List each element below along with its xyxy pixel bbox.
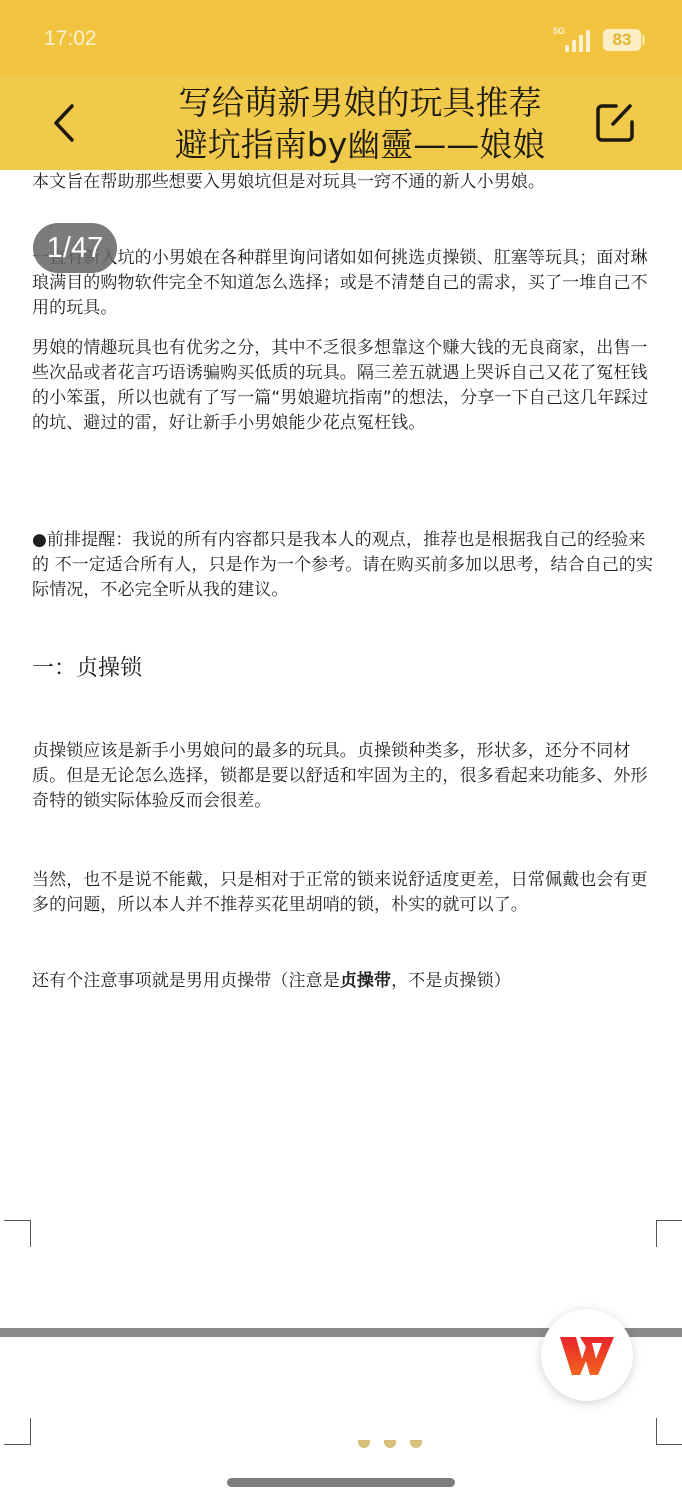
section-paragraph-2: 当然，也不是说不能戴，只是相对于正常的锁来说舒适度更差，日常佩戴也会有更多的问题…: [32, 868, 658, 918]
status-time: 17:02: [44, 27, 97, 51]
edit-square-icon: [594, 102, 636, 144]
loading-dots: [358, 1440, 422, 1448]
section-paragraph-1: 贞操锁应该是新手小男娘问的最多的玩具。贞操锁种类多，形状多，还分不同材质。但是无…: [32, 739, 658, 814]
document-title: 写给萌新男娘的玩具推荐 避坑指南by幽靈——娘娘: [150, 82, 570, 166]
title-line-1: 写给萌新男娘的玩具推荐: [150, 82, 570, 124]
wps-float-button[interactable]: [541, 1309, 633, 1401]
paragraph-reminder: ●前排提醒：我说的所有内容都只是我本人的观点，推荐也是根据我自己的经验来的 不一…: [32, 528, 658, 603]
status-bar: 17:02 5G 83: [0, 0, 682, 76]
page-indicator: 1/47: [33, 223, 117, 273]
home-indicator[interactable]: [227, 1478, 455, 1487]
document-header: 写给萌新男娘的玩具推荐 避坑指南by幽靈——娘娘: [0, 76, 682, 170]
note-prefix: 还有个注意事项就是男用贞操带（注意是: [32, 971, 340, 991]
network-type: 5G: [553, 26, 565, 36]
note-bold: 贞操带: [340, 971, 391, 991]
paragraph-intro: 本文旨在帮助那些想要入男娘坑但是对玩具一窍不通的新人小男娘。: [32, 170, 658, 195]
crop-mark-bottom-left: [4, 1418, 31, 1445]
crop-mark-top-right: [656, 1220, 682, 1247]
crop-mark-bottom-right: [656, 1418, 682, 1445]
paragraph-2: 男娘的情趣玩具也有优劣之分，其中不乏很多想靠这个赚大钱的无良商家，出售一些次品或…: [32, 336, 658, 436]
edit-button[interactable]: [594, 102, 636, 144]
battery-tip: [642, 35, 645, 45]
chevron-left-icon: [48, 100, 82, 146]
back-button[interactable]: [48, 100, 82, 146]
wps-logo-icon: [558, 1333, 616, 1377]
title-line-2: 避坑指南by幽靈——娘娘: [150, 124, 570, 166]
paragraph-1: 一直有新入坑的小男娘在各种群里询问诸如如何挑选贞操锁、肛塞等玩具；面对琳琅满目的…: [32, 246, 658, 321]
section-heading: 一：贞操锁: [32, 656, 142, 681]
note-paragraph: 还有个注意事项就是男用贞操带（注意是贞操带，不是贞操锁）: [32, 969, 658, 994]
battery-icon: 83: [603, 29, 641, 51]
signal-icon: [565, 30, 590, 52]
crop-mark-top-left: [4, 1220, 31, 1247]
note-suffix: ，不是贞操锁）: [391, 971, 511, 991]
